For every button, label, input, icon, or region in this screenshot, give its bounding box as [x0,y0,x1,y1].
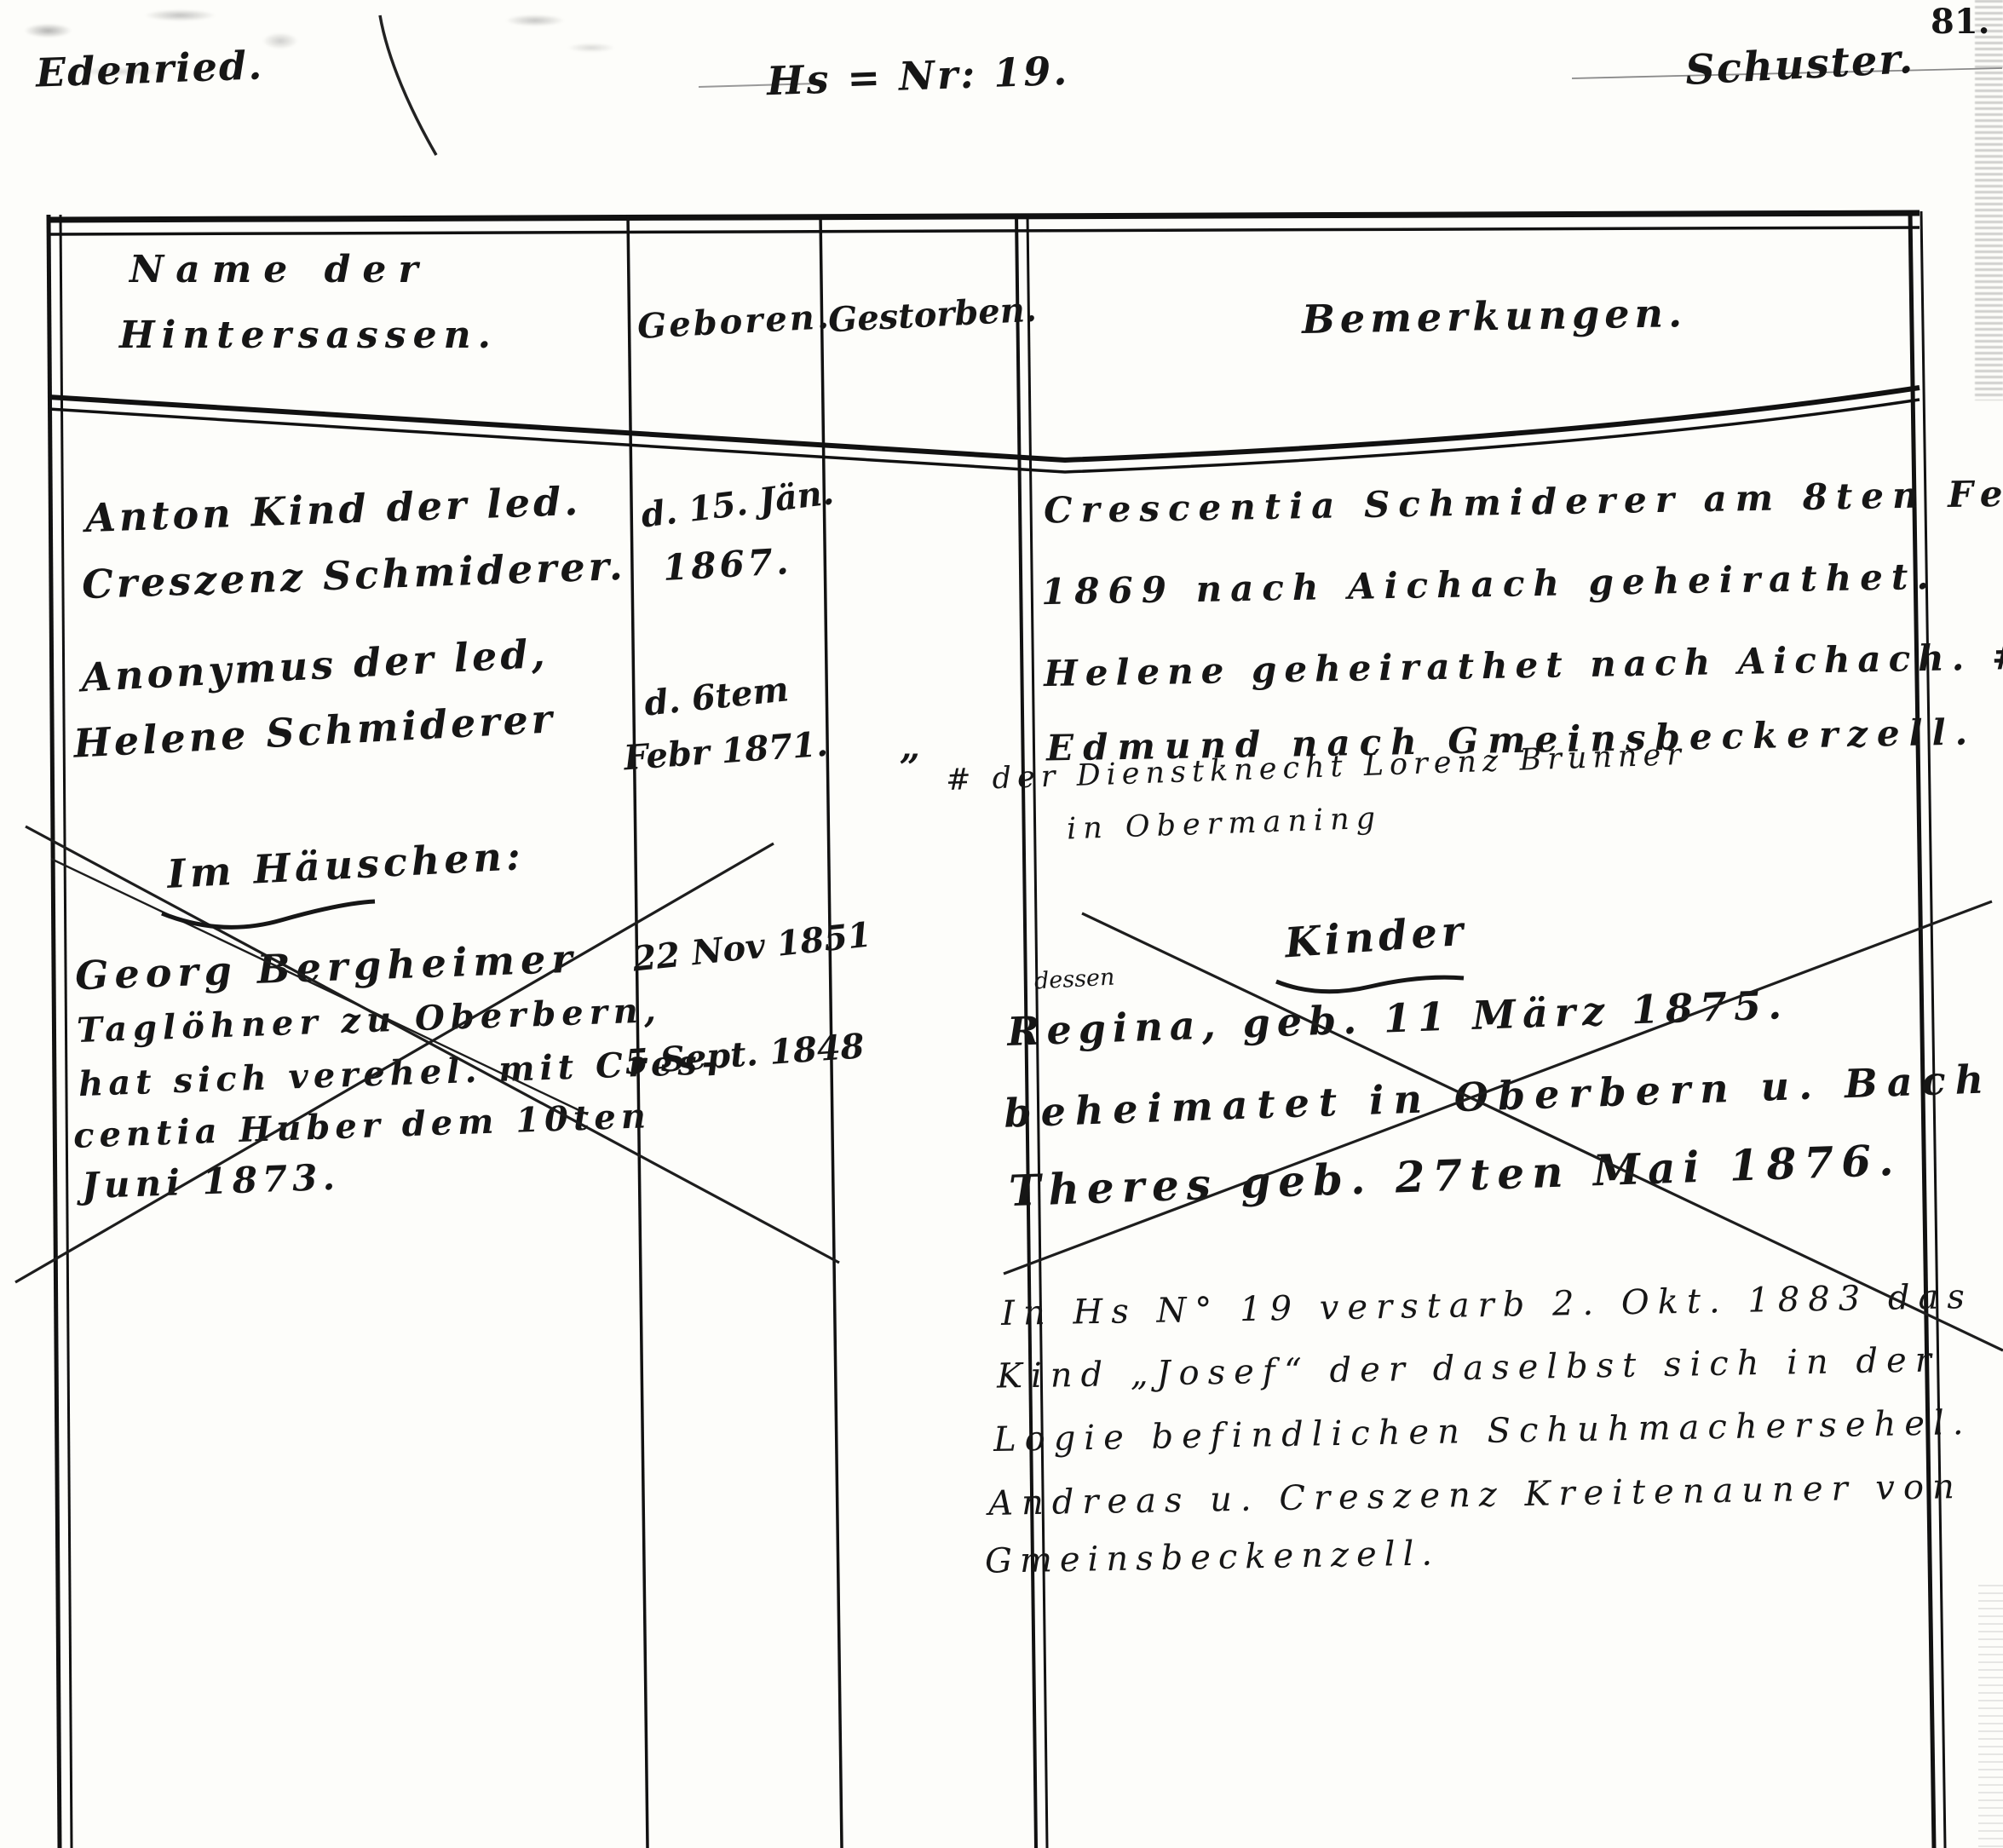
left-border-outer [49,215,60,1848]
col-header-name-line2: Hintersassen. [119,317,498,354]
right-border-inner [1921,211,1945,1848]
register-page-scan: Edenried. Hs = Nr: 19. Schuster. 81. Nam… [0,0,2003,1848]
divider-name-born [628,215,648,1848]
col-header-remarks: Bemerkungen. [1302,293,1688,339]
header-bottom-border-outer [49,388,1920,460]
table-top-border-inner [49,227,1920,234]
crossed-children-heading: Kinder [1284,911,1469,964]
col-header-born: Geboren. [636,300,832,344]
left-border-inner [60,215,72,1848]
page-house-number: Hs = Nr: 19. [766,51,1070,101]
right-border-outer [1910,211,1934,1848]
death-note-line5: Gmeinsbeckenzell. [985,1536,1441,1578]
page-place-label: Edenried. [35,45,264,92]
page-occupation-label: Schuster. [1684,38,1915,91]
stray-pen-flourish [380,15,436,155]
header-bottom-border-inner [49,400,1920,472]
page-number: 81. [1931,5,1990,39]
table-top-border-outer [49,213,1920,220]
crossed-children-insert: dessen [1033,966,1115,993]
col-header-name-line1: Name der [130,251,430,289]
annotation-insert-mark: „ [900,729,920,765]
col-header-died: Gestorben. [827,293,1038,338]
entry1-born-line2: 1867. [662,544,793,586]
crossed-entry-line5: Juni 1873. [81,1160,340,1205]
